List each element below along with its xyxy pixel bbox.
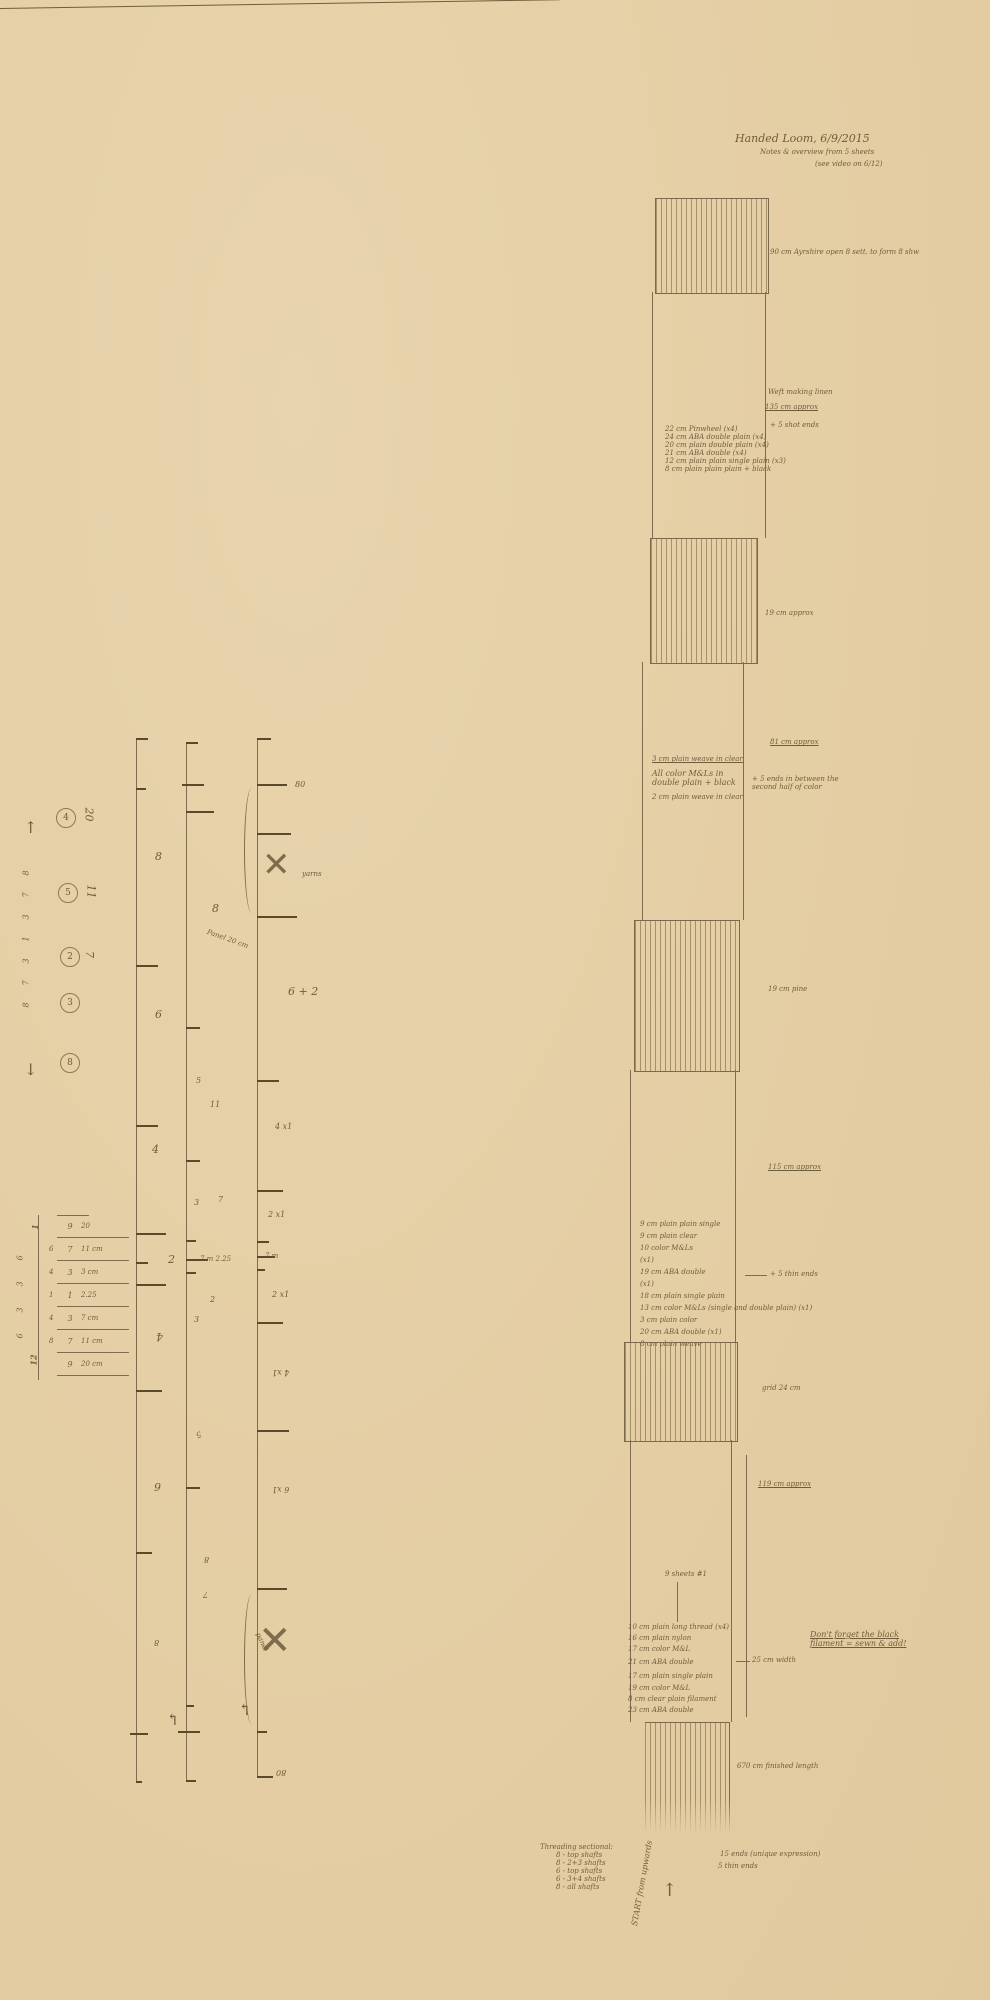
finished-length: 15 ends (unique expression): [720, 1850, 820, 1858]
arrow-up-icon: ↑: [24, 818, 37, 837]
circled-number: 3: [60, 993, 80, 1013]
stack-table: 9 20 6 7 11 cm 4 3 3 cm 1 1 2.25 4 3 7 c…: [38, 1215, 129, 1380]
warp-4-note: grid 24 cm: [762, 1384, 800, 1392]
circled-number: 5: [58, 883, 78, 903]
ruler-column-1: [136, 738, 137, 1783]
circled-number: 4: [56, 808, 76, 828]
approx-3: 115 cm approx: [768, 1163, 821, 1171]
warp-2-note: 19 cm approx: [765, 609, 814, 617]
shot-ends-3: 25 cm width: [752, 1656, 796, 1664]
warp-block-2: [650, 538, 758, 664]
turn-arrow-icon: ↰: [238, 1700, 251, 1719]
stack-side-numbers: 6 3 3 6: [26, 1245, 31, 1349]
circled-number: 2: [60, 947, 80, 967]
brace-curve: [244, 788, 259, 913]
shot-ends-2: + 5 thin ends: [770, 1270, 818, 1278]
weft-total: 135 cm approx: [765, 403, 818, 411]
ruler-column-2: [186, 742, 187, 1782]
notes-block-4: 10 cm plain long thread (x4) 16 cm plain…: [628, 1622, 729, 1716]
notes-block-2: 3 cm plain weave in clear All color M&Ls…: [652, 755, 743, 801]
loom-label: 9 sheets #1: [665, 1570, 707, 1578]
col2-note: Panel 20 cm: [206, 928, 249, 950]
left-numbers: 8 7 3 1 3 7 8: [30, 862, 35, 1016]
shot-ends-1: + 5 shot ends: [770, 421, 819, 429]
sheet-top-edge: [0, 0, 560, 9]
finished-width: 5 thin ends: [718, 1862, 758, 1870]
title-heading: Handed Loom, 6/9/2015: [735, 132, 870, 145]
arrow-down-icon: ↓: [24, 1060, 37, 1079]
title-subtitle: Notes & overview from 5 sheets: [760, 148, 874, 156]
bottom-warp-note: 670 cm finished length: [737, 1762, 818, 1770]
circled-number: 8: [60, 1053, 80, 1073]
warp-block-1: [655, 198, 769, 294]
start-note: START from upwards: [630, 1840, 654, 1927]
approx-4: 119 cm approx: [758, 1480, 811, 1488]
arrow-up-icon: ↑: [662, 1880, 677, 1901]
notes-block-3: 9 cm plain plain single 9 cm plain clear…: [640, 1218, 812, 1350]
notes-block-1: 22 cm Pinwheel (x4) 24 cm ABA double pla…: [665, 425, 786, 473]
threading-note: Threading sectional: 8 - top shafts 8 - …: [540, 1843, 613, 1891]
reminder-note: Don't forget the black filament = sewn &…: [810, 1630, 925, 1648]
warp-3-note: 19 cm pine: [768, 985, 807, 993]
approx-2: 81 cm approx: [770, 738, 819, 746]
warp-block-5: [645, 1722, 730, 1833]
cross-mark-icon: ✕: [262, 845, 291, 885]
weft-heading: Weft making linen: [768, 388, 833, 396]
turn-arrow-icon: ↰: [166, 1710, 179, 1729]
title-note: (see video on 6/12): [815, 160, 883, 168]
ends-between-note: + 5 ends in between the second half of c…: [752, 775, 862, 791]
top-warp-note: 90 cm Ayrshire open 8 sett. to form 8 sh…: [770, 248, 919, 256]
warp-block-3: [634, 920, 740, 1072]
warp-block-4: [624, 1342, 738, 1442]
